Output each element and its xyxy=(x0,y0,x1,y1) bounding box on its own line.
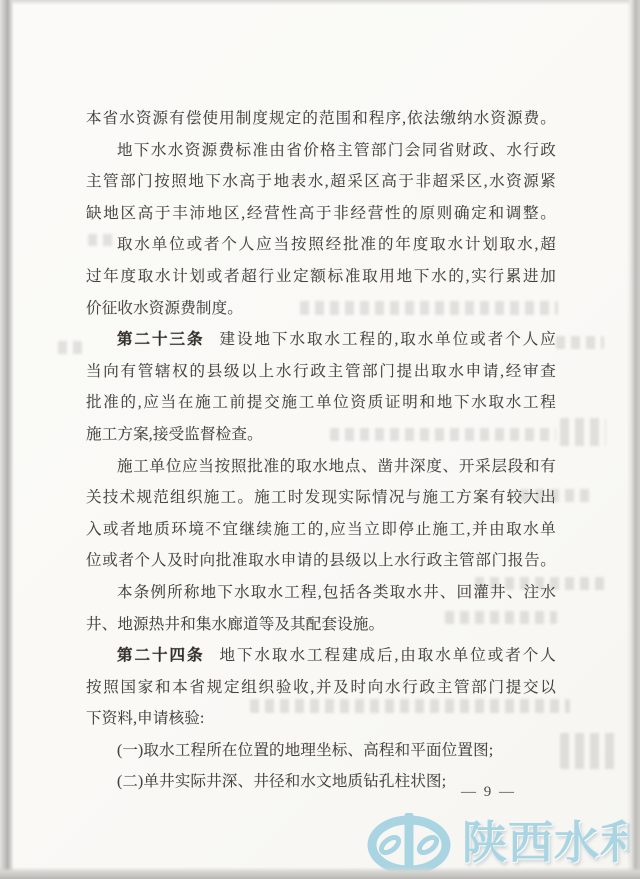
text-line: (一)取水工程所在位置的地理坐标、高程和平面位置图; xyxy=(86,735,556,767)
body-text: 本省水资源有偿使用制度规定的范围和程序,依法缴纳水资源费。 地下水水资源费标准由… xyxy=(86,103,556,798)
scan-edge-right xyxy=(627,0,640,879)
line-text: (一)取水工程所在位置的地理坐标、高程和平面位置图; xyxy=(117,742,493,759)
line-text: 缺地区高于丰沛地区,经营性高于非经营性的原则确定和调整。 xyxy=(86,205,556,222)
bleed-through-smudge xyxy=(330,428,556,441)
text-line: 关技术规范组织施工。施工时发现实际情况与施工方案有较大出 xyxy=(86,482,556,514)
text-line: 缺地区高于丰沛地区,经营性高于非经营性的原则确定和调整。 xyxy=(86,198,556,230)
text-line: 过年度取水计划或者超行业定额标准取用地下水的,实行累进加 xyxy=(86,261,556,293)
bleed-through-smudge xyxy=(560,733,615,769)
line-text: 下资料,申请核验: xyxy=(86,710,204,727)
text-line: 当向有管辖权的县级以上水行政主管部门提出取水申请,经审查 xyxy=(86,356,556,388)
watermark-title: 陕西水利 xyxy=(462,820,640,865)
bleed-through-smudge xyxy=(520,489,590,502)
line-text: 取水单位或者个人应当按照经批准的年度取水计划取水,超 xyxy=(117,236,556,253)
text-line: 批准的,应当在施工前提交施工单位资质证明和地下水取水工程 xyxy=(86,387,556,419)
text-line: 取水单位或者个人应当按照经批准的年度取水计划取水,超 xyxy=(86,229,556,261)
line-text: 入或者地质环境不宜继续施工的,应当立即停止施工,并由取水单 xyxy=(86,521,556,538)
line-text: 本省水资源有偿使用制度规定的范围和程序,依法缴纳水资源费。 xyxy=(86,110,556,127)
scan-edge-bottom xyxy=(0,867,640,879)
page-number: — 9 — xyxy=(461,784,571,801)
bleed-through-smudge xyxy=(445,611,557,624)
line-text: (二)单井实际井深、井径和水文地质钻孔柱状图; xyxy=(117,773,446,790)
text-line: 入或者地质环境不宜继续施工的,应当立即停止施工,并由取水单 xyxy=(86,514,556,546)
text-line: 本省水资源有偿使用制度规定的范围和程序,依法缴纳水资源费。 xyxy=(86,103,556,135)
bleed-through-smudge xyxy=(560,418,606,446)
bleed-through-smudge xyxy=(58,341,82,354)
line-text: 价征收水资源费制度。 xyxy=(86,300,243,317)
text-line: 第二十三条建设地下水取水工程的,取水单位或者个人应 xyxy=(86,324,556,356)
bleed-through-smudge xyxy=(300,301,558,315)
line-text: 施工单位应当按照批准的取水地点、凿井深度、开采层段和有 xyxy=(117,458,556,475)
scanned-document-page: 本省水资源有偿使用制度规定的范围和程序,依法缴纳水资源费。 地下水水资源费标准由… xyxy=(0,0,640,879)
line-text: 主管部门按照地下水高于地表水,超采区高于非超采区,水资源紧 xyxy=(86,173,556,190)
line-text: 施工方案,接受监督检查。 xyxy=(86,426,263,443)
line-text: 地下水取水工程建成后,由取水单位或者个人 xyxy=(219,647,556,664)
text-line: 主管部门按照地下水高于地表水,超采区高于非超采区,水资源紧 xyxy=(86,166,556,198)
scan-edge-top xyxy=(0,0,640,5)
line-text: 地下水水资源费标准由省价格主管部门会同省财政、水行政 xyxy=(117,142,556,159)
bleed-through-smudge xyxy=(250,699,570,713)
text-line: 地下水水资源费标准由省价格主管部门会同省财政、水行政 xyxy=(86,135,556,167)
line-text: 批准的,应当在施工前提交施工单位资质证明和地下水取水工程 xyxy=(86,394,556,411)
scan-edge-left xyxy=(0,0,14,879)
line-text: 关技术规范组织施工。施工时发现实际情况与施工方案有较大出 xyxy=(86,489,556,506)
article-number: 第二十四条 xyxy=(117,647,204,664)
bleed-through-smudge xyxy=(88,234,118,246)
line-text: 当向有管辖权的县级以上水行政主管部门提出取水申请,经审查 xyxy=(86,363,556,380)
line-text: 过年度取水计划或者超行业定额标准取用地下水的,实行累进加 xyxy=(86,268,556,285)
line-text: 建设地下水取水工程的,取水单位或者个人应 xyxy=(219,331,556,348)
bleed-through-smudge xyxy=(556,336,604,349)
text-line: 第二十四条地下水取水工程建成后,由取水单位或者个人 xyxy=(86,640,556,672)
article-number: 第二十三条 xyxy=(117,331,204,348)
line-text: 按照国家和本省规定组织验收,并及时向水行政主管部门提交以 xyxy=(86,679,556,696)
line-text: 位或者个人及时向批准取水申请的县级以上水行政主管部门报告。 xyxy=(86,552,556,569)
text-line: 施工单位应当按照批准的取水地点、凿井深度、开采层段和有 xyxy=(86,451,556,483)
bleed-through-smudge xyxy=(475,577,607,590)
line-text: 井、地源热井和集水廊道等及其配套设施。 xyxy=(86,616,384,633)
text-line: 位或者个人及时向批准取水申请的县级以上水行政主管部门报告。 xyxy=(86,545,556,577)
